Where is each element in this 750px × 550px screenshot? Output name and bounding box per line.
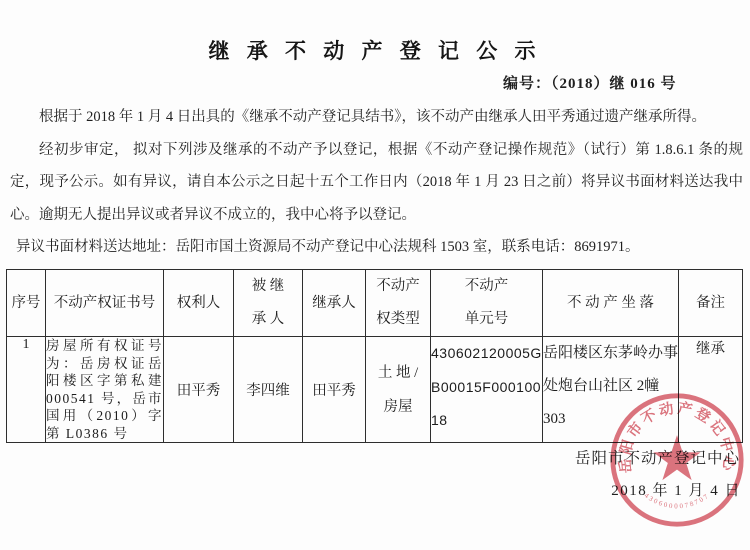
cell-right-holder: 田平秀	[164, 337, 234, 443]
header-heir: 继承人	[303, 270, 366, 337]
cell-unit-no: 430602120005GB00015F00010018	[431, 337, 543, 443]
header-certificate-no: 不动产权证书号	[46, 270, 164, 337]
header-right-holder: 权利人	[164, 270, 234, 337]
header-location: 不 动 产 坐 落	[543, 270, 679, 337]
header-property-type: 不动产 权类型	[366, 270, 431, 337]
header-seq: 序号	[7, 270, 46, 337]
cell-decedent: 李四维	[234, 337, 303, 443]
property-table: 序号 不动产权证书号 权利人 被 继 承 人 继承人 不动产 权类型 不动产 单…	[6, 269, 743, 443]
doc-number: 编号：（2018）继 016 号	[503, 72, 677, 93]
paragraph-address: 异议书面材料送达地址：岳阳市国土资源局不动产登记中心法规科 1503 室，联系电…	[10, 231, 743, 264]
page-title: 继 承 不 动 产 登 记 公 示	[0, 35, 750, 65]
paragraph-notice: 经初步审定， 拟对下列涉及继承的不动产予以登记，根据《不动产登记操作规范》（试行…	[10, 134, 743, 232]
signature-date: 2018 年 1 月 4 日	[0, 479, 741, 500]
header-decedent: 被 继 承 人	[234, 270, 303, 337]
paragraph-basis: 根据于 2018 年 1 月 4 日出具的《继承不动产登记具结书》，该不动产由继…	[10, 101, 743, 134]
cell-seq: 1	[7, 337, 46, 443]
notice-document: 继 承 不 动 产 登 记 公 示 编号：（2018）继 016 号 根据于 2…	[0, 0, 750, 550]
cell-note: 继承	[679, 337, 743, 443]
cell-location: 岳阳楼区东茅岭办事处炮台山社区 2幢 303	[543, 337, 679, 443]
signature-issuer: 岳阳市不动产登记中心	[0, 446, 740, 468]
table-row: 1 房屋所有权证号为：岳房权证岳阳楼区字第私建 000541 号，岳市国用（20…	[7, 337, 743, 443]
cell-heir: 田平秀	[303, 337, 366, 443]
cell-property-type: 土 地 / 房屋	[366, 337, 431, 443]
header-unit-no: 不动产 单元号	[431, 270, 543, 337]
header-note: 备注	[679, 270, 743, 337]
cell-certificate-no: 房屋所有权证号为：岳房权证岳阳楼区字第私建 000541 号，岳市国用（2010…	[46, 337, 164, 443]
table-header-row: 序号 不动产权证书号 权利人 被 继 承 人 继承人 不动产 权类型 不动产 单…	[7, 270, 743, 337]
notice-body: 根据于 2018 年 1 月 4 日出具的《继承不动产登记具结书》，该不动产由继…	[10, 101, 743, 264]
